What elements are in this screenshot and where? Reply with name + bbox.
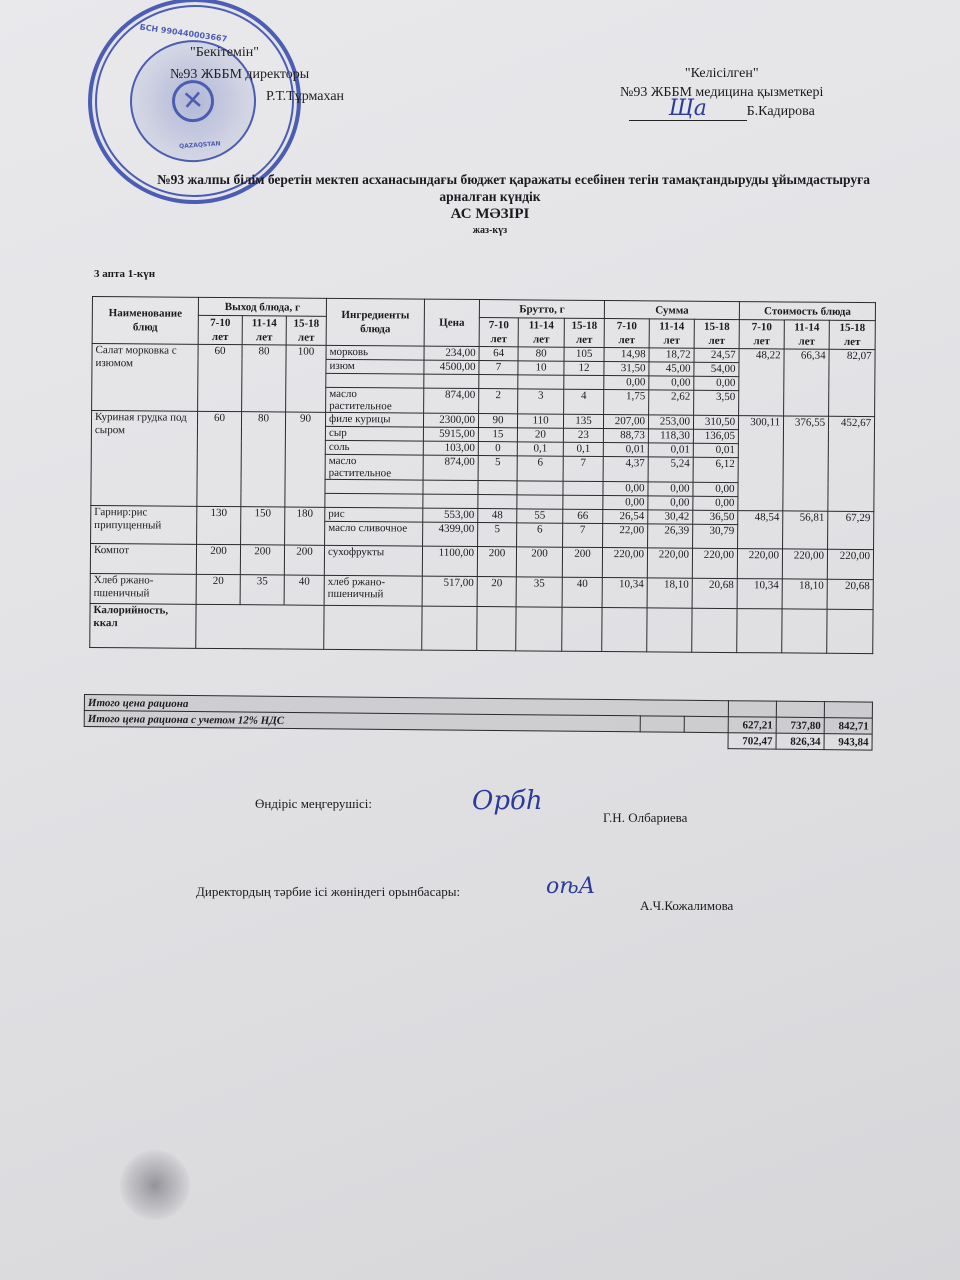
header-age-cost: 15-18 лет	[829, 320, 875, 349]
ingredient-sum: 0,00	[693, 496, 738, 510]
dish-name: Компот	[90, 543, 196, 574]
signature-scribble: Ща	[669, 96, 707, 121]
ingredient-brutto: 200	[516, 547, 562, 577]
calories-empty	[692, 608, 737, 652]
ingredient-brutto: 55	[517, 509, 563, 523]
deputy-signature: оѣА	[546, 874, 595, 899]
dish-yield: 150	[241, 507, 285, 545]
dish-name: Хлеб ржано-пшеничный	[90, 573, 196, 604]
total-vat-value-7-10: 702,47	[728, 733, 776, 749]
ingredient-name	[325, 479, 423, 494]
title-line-2: арналған күндік	[110, 189, 870, 205]
dish-yield: 60	[198, 344, 243, 411]
ingredient-price	[423, 480, 478, 494]
ingredient-brutto	[518, 375, 564, 389]
dish-cost: 452,67	[828, 416, 875, 511]
dish-cost: 18,10	[782, 579, 827, 609]
ingredient-sum: 20,68	[692, 578, 737, 608]
ingredient-brutto: 10	[518, 361, 564, 375]
ingredient-brutto: 80	[518, 347, 564, 361]
dish-yield: 200	[196, 544, 240, 574]
ingredient-sum: 0,00	[648, 482, 693, 496]
ingredient-name: масло растительное	[326, 387, 424, 413]
dish-name: Салат морковка с изюмом	[92, 344, 199, 412]
dish-yield: 90	[285, 412, 326, 507]
total-empty	[728, 701, 776, 717]
ingredient-name: сыр	[325, 426, 423, 441]
document-page: "№93 ЖАЛПЫ БІЛІМ БЕРЕТІН МЕКТЕП" КОММУНА…	[0, 0, 960, 1280]
calories-empty	[602, 608, 647, 652]
total-empty	[824, 702, 872, 718]
header-dish-cost: Стоимость блюда	[739, 302, 875, 321]
total-value-7-10: 627,21	[728, 717, 776, 733]
header-ingredients: Ингредиенты блюда	[326, 298, 424, 346]
ingredient-sum: 30,42	[648, 510, 693, 524]
ingredient-name	[325, 493, 423, 508]
ingredient-brutto: 23	[563, 428, 603, 442]
ingredient-sum: 0,00	[693, 482, 738, 496]
ingredient-brutto: 7	[563, 523, 603, 547]
ingredient-name: соль	[325, 440, 423, 455]
dish-name: Гарнир:рис припущенный	[91, 505, 197, 544]
ingredient-brutto: 0,1	[517, 442, 563, 456]
dish-yield: 200	[284, 545, 324, 575]
ingredient-brutto: 105	[564, 347, 604, 361]
total-value-11-14: 737,80	[776, 717, 824, 733]
ingredient-price: 874,00	[423, 455, 478, 480]
ingredient-sum: 6,12	[693, 457, 738, 482]
ingredient-brutto: 15	[478, 428, 517, 442]
calories-empty	[324, 605, 422, 650]
ingredient-sum: 26,39	[648, 524, 693, 548]
menu-table: Наименование блюд Выход блюда, г Ингреди…	[89, 296, 876, 654]
dish-yield: 80	[242, 345, 287, 412]
calories-empty	[782, 609, 827, 653]
ingredient-sum: 207,00	[604, 415, 649, 429]
dish-cost: 220,00	[782, 549, 827, 579]
ingredient-price: 4399,00	[423, 522, 478, 546]
ingredient-brutto: 110	[518, 414, 564, 428]
ingredient-sum: 310,50	[694, 415, 739, 429]
ingredient-brutto: 20	[517, 428, 563, 442]
ingredient-brutto: 2	[479, 389, 518, 414]
dish-yield: 20	[196, 574, 240, 604]
total-value-15-18: 842,71	[824, 718, 872, 734]
header-brutto: Брутто, г	[479, 300, 604, 319]
total-vat-empty	[684, 716, 728, 732]
ingredient-sum: 136,05	[693, 429, 738, 443]
ingredient-price: 874,00	[424, 388, 479, 413]
calories-empty	[477, 607, 516, 651]
ingredient-price: 1100,00	[422, 546, 477, 576]
ingredient-brutto: 5	[478, 523, 517, 547]
dish-cost: 220,00	[737, 549, 782, 579]
ingredient-sum: 14,98	[604, 348, 649, 362]
ingredient-name: изюм	[326, 359, 424, 374]
production-head-signature: Орбh	[472, 786, 543, 816]
week-day-label: 3 апта 1-күн	[94, 268, 155, 280]
header-dish-name: Наименование блюд	[92, 297, 198, 345]
ingredient-price: 517,00	[422, 576, 477, 606]
title-main: АС МӘЗІРІ	[110, 206, 870, 223]
dish-cost: 10,34	[737, 579, 782, 609]
dish-cost: 66,34	[784, 349, 830, 416]
dish-yield: 60	[197, 411, 242, 506]
ingredient-name: филе курицы	[326, 412, 424, 427]
total-vat-value-11-14: 826,34	[776, 733, 824, 749]
header-age-cost: 11-14 лет	[784, 320, 829, 349]
ingredient-name	[326, 373, 424, 388]
ingredient-sum: 220,00	[692, 548, 737, 578]
header-age-brutto: 11-14 лет	[518, 318, 564, 347]
ingredient-brutto: 3	[518, 389, 564, 414]
ingredient-price: 234,00	[424, 346, 479, 360]
approval-left-label: "Бекітемін"	[190, 42, 344, 64]
dish-yield: 130	[197, 506, 241, 544]
ingredient-sum: 24,57	[694, 348, 739, 362]
total-empty	[776, 701, 824, 717]
ingredient-sum: 18,10	[647, 578, 692, 608]
ingredient-name: масло растительное	[325, 454, 423, 480]
approval-left-name: Р.Т.Тұрмахан	[266, 86, 344, 108]
dish-yield: 35	[240, 575, 284, 605]
dish-yield: 80	[241, 412, 286, 507]
header-age-sum: 11-14 лет	[649, 319, 694, 348]
approval-left: "Бекітемін" №93 ЖББМ директоры Р.Т.Тұрма…	[170, 42, 344, 108]
header-age-sum: 15-18 лет	[694, 319, 739, 348]
ingredient-sum: 18,72	[649, 348, 694, 362]
ingredient-brutto	[563, 481, 603, 495]
calories-empty	[827, 609, 873, 653]
calories-empty	[562, 607, 602, 651]
header-age-brutto: 15-18 лет	[564, 318, 604, 347]
header-age-yield: 15-18 лет	[286, 316, 326, 345]
header-sum: Сумма	[604, 301, 739, 320]
deputy-label: Директордың тәрбие ісі жөніндегі орынбас…	[196, 884, 460, 900]
dish-cost: 48,54	[738, 511, 783, 549]
calories-empty	[196, 604, 324, 649]
dish-cost: 82,07	[829, 349, 876, 416]
title-line-1: №93 жалпы білім беретін мектеп асханасын…	[110, 172, 870, 188]
header-price: Цена	[424, 299, 479, 346]
ingredient-brutto: 200	[477, 547, 516, 577]
ingredient-sum: 220,00	[602, 548, 647, 578]
header-yield: Выход блюда, г	[198, 297, 326, 316]
dish-name: Куриная грудка под сыром	[91, 411, 198, 507]
dish-cost: 20,68	[827, 579, 873, 609]
approval-right-name: Б.Кадирова	[747, 104, 815, 119]
dish-cost: 67,29	[828, 511, 874, 549]
ingredient-sum: 45,00	[649, 362, 694, 376]
ingredient-brutto	[478, 481, 517, 495]
ingredient-sum: 36,50	[693, 510, 738, 524]
ingredient-brutto: 20	[477, 577, 516, 607]
ingredient-sum: 118,30	[648, 429, 693, 443]
ingredient-price: 103,00	[423, 441, 478, 455]
ingredient-sum: 0,00	[694, 376, 739, 390]
ingredient-sum: 10,34	[602, 578, 647, 608]
dish-cost: 300,11	[738, 416, 784, 511]
ingredient-brutto: 48	[478, 509, 517, 523]
calories-row: Калорийность, ккал	[90, 603, 873, 653]
ingredient-sum: 0,00	[649, 376, 694, 390]
ingredient-sum: 0,00	[603, 496, 648, 510]
ingredient-sum: 253,00	[649, 415, 694, 429]
ingredient-brutto	[564, 375, 604, 389]
ingredient-price: 4500,00	[424, 360, 479, 374]
total-vat-value-15-18: 943,84	[824, 734, 872, 750]
ingredient-brutto	[563, 495, 603, 509]
calories-empty	[422, 606, 477, 650]
calories-empty	[647, 608, 692, 652]
dish-cost: 56,81	[783, 511, 828, 549]
ingredient-brutto: 0	[478, 442, 517, 456]
dish-yield: 40	[284, 575, 324, 605]
ingredient-brutto: 64	[479, 347, 518, 361]
ingredient-price	[424, 374, 479, 388]
ingredient-sum: 2,62	[649, 390, 694, 415]
ingredient-brutto: 5	[478, 456, 517, 481]
ingredient-price: 2300,00	[424, 413, 479, 427]
calories-empty	[516, 607, 562, 651]
dish-yield: 100	[286, 345, 327, 412]
ingredient-brutto: 6	[517, 456, 563, 481]
ingredient-brutto	[517, 495, 563, 509]
dish-cost: 48,22	[739, 349, 785, 416]
ingredient-brutto: 6	[517, 523, 563, 547]
document-title: №93 жалпы білім беретін мектеп асханасын…	[110, 172, 870, 236]
ingredient-brutto: 90	[479, 414, 518, 428]
dish-cost: 220,00	[827, 549, 873, 579]
ingredient-price	[423, 494, 478, 508]
production-head-name: Г.Н. Олбариева	[603, 810, 687, 826]
ingredient-brutto: 7	[479, 361, 518, 375]
ingredient-sum: 31,50	[604, 362, 649, 376]
ingredient-name: хлеб ржано-пшеничный	[324, 575, 422, 606]
ingredient-sum: 3,50	[694, 390, 739, 415]
ingredient-price: 553,00	[423, 508, 478, 522]
ingredient-brutto: 0,1	[563, 442, 603, 456]
dish-yield: 200	[240, 545, 284, 575]
calories-empty	[737, 609, 782, 653]
signature-line: Ща	[629, 106, 747, 121]
ingredient-price: 5915,00	[423, 427, 478, 441]
dish-cost: 376,55	[783, 416, 829, 511]
ingredient-sum: 1,75	[604, 390, 649, 415]
header-age-cost: 7-10 лет	[739, 320, 784, 349]
header-age-yield: 11-14 лет	[242, 316, 286, 345]
ingredient-sum: 5,24	[648, 457, 693, 482]
ingredient-sum: 220,00	[647, 548, 692, 578]
header-age-sum: 7-10 лет	[604, 319, 649, 348]
header-age-brutto: 7-10 лет	[479, 318, 518, 347]
totals-table: Итого цена рациона Итого цена рациона с …	[84, 694, 873, 751]
production-head-label: Өндіріс меңгерушісі:	[255, 796, 372, 812]
header-age-yield: 7-10 лет	[198, 315, 242, 344]
ingredient-brutto	[517, 481, 563, 495]
ingredient-name: масло сливочное	[325, 521, 423, 546]
title-season: жаз-күз	[110, 225, 870, 236]
ingredient-sum: 4,37	[603, 457, 648, 482]
ingredient-sum: 22,00	[603, 524, 648, 548]
photo-smudge	[120, 1150, 190, 1220]
ingredient-brutto: 66	[563, 509, 603, 523]
ingredient-sum: 0,00	[603, 482, 648, 496]
ingredient-brutto: 40	[562, 577, 602, 607]
ingredient-sum: 88,73	[603, 429, 648, 443]
calories-label: Калорийность, ккал	[90, 603, 196, 648]
ingredient-sum: 54,00	[694, 362, 739, 376]
ingredient-sum: 0,01	[603, 443, 648, 457]
ingredient-name: рис	[325, 507, 423, 522]
ingredient-brutto: 135	[564, 414, 604, 428]
ingredient-brutto	[478, 495, 517, 509]
ingredient-sum: 30,79	[693, 524, 738, 548]
approval-left-position: №93 ЖББМ директоры	[170, 64, 344, 86]
ingredient-sum: 0,00	[648, 496, 693, 510]
ingredient-brutto: 4	[564, 389, 604, 414]
deputy-name: А.Ч.Кожалимова	[640, 898, 733, 914]
ingredient-sum: 0,00	[604, 376, 649, 390]
total-vat-empty	[640, 716, 684, 732]
approval-right-label: "Келісілген"	[620, 64, 823, 83]
ingredient-name: морковь	[326, 345, 424, 360]
ingredient-sum: 0,01	[693, 443, 738, 457]
ingredient-brutto: 35	[516, 577, 562, 607]
ingredient-brutto: 12	[564, 361, 604, 375]
approval-right-position: №93 ЖББМ медицина қызметкері	[620, 83, 823, 102]
ingredient-brutto	[479, 375, 518, 389]
dish-yield: 180	[285, 507, 325, 545]
ingredient-brutto: 200	[562, 547, 602, 577]
ingredient-brutto: 7	[563, 456, 603, 481]
ingredient-name: сухофрукты	[324, 545, 422, 576]
approval-right: "Келісілген" №93 ЖББМ медицина қызметкер…	[620, 64, 823, 121]
ingredient-sum: 26,54	[603, 510, 648, 524]
ingredient-sum: 0,01	[648, 443, 693, 457]
